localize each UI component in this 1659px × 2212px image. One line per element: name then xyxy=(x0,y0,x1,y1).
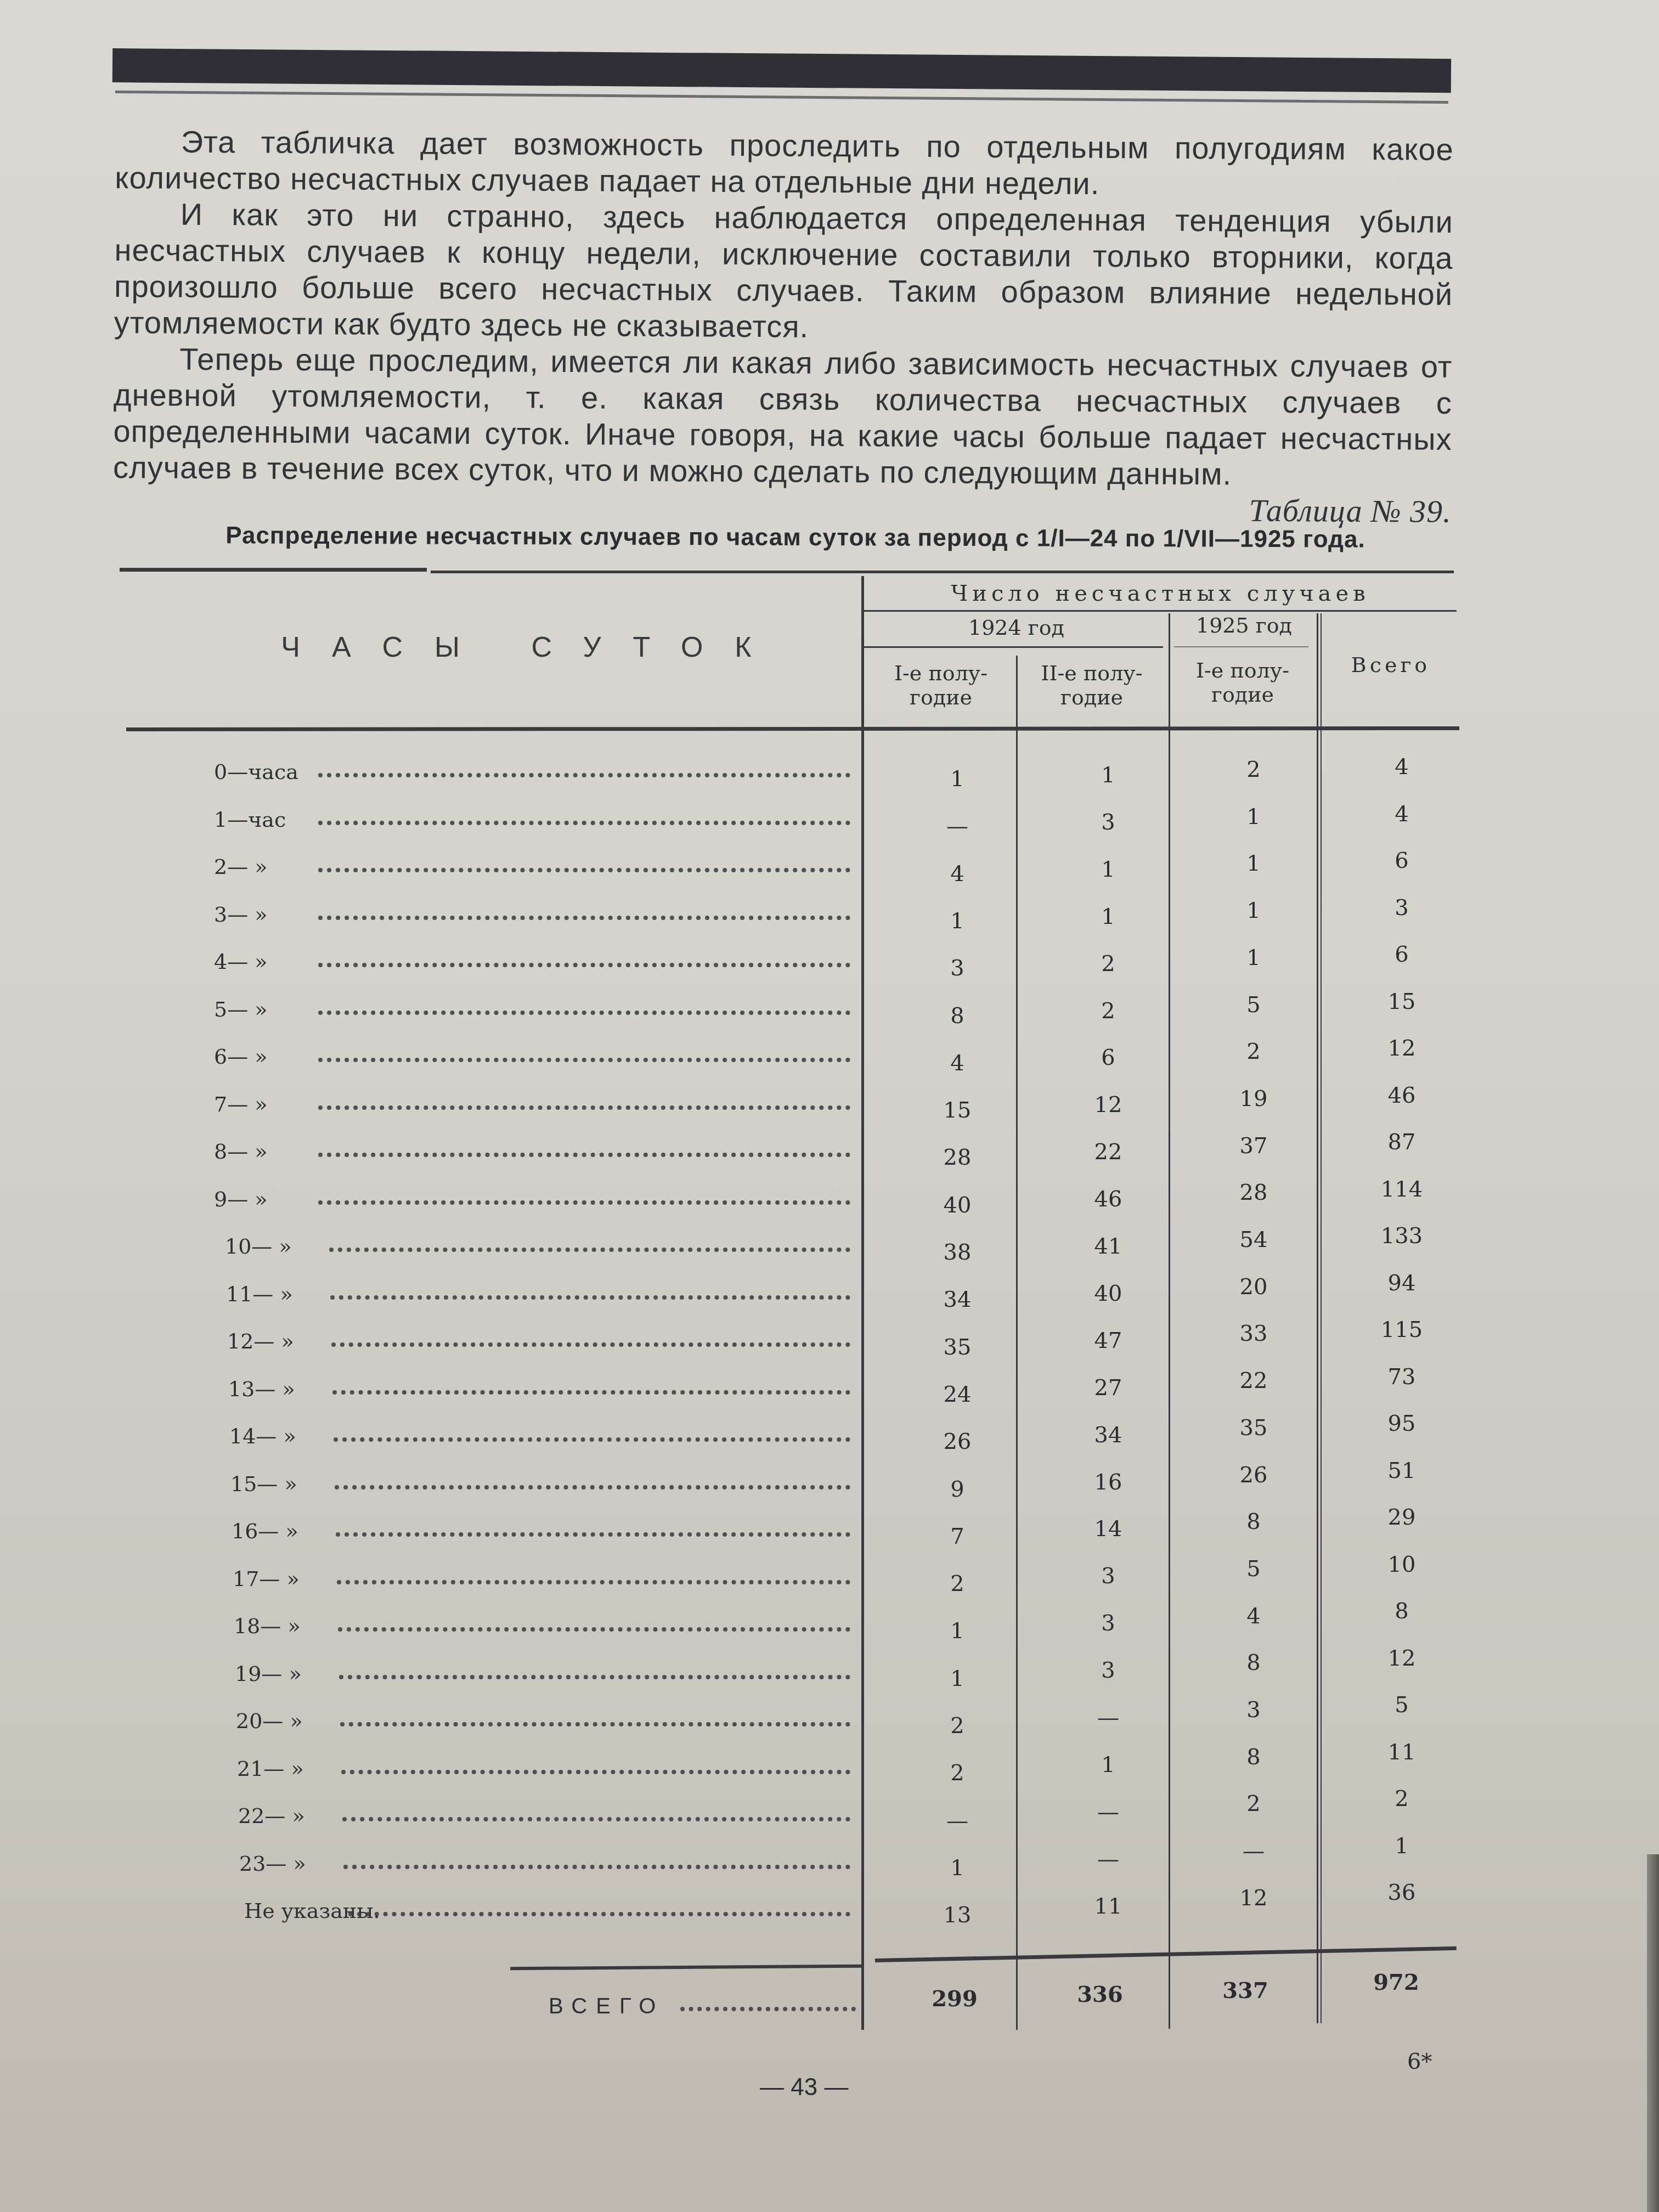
value-1924-h2: 3 xyxy=(1064,1611,1152,1636)
value-1924-h2: 16 xyxy=(1064,1470,1152,1495)
value-1924-h2: 3 xyxy=(1064,1564,1152,1589)
value-1924-h1: 9 xyxy=(913,1477,1001,1502)
table-reference: Таблица № 39. xyxy=(1183,492,1451,530)
value-1925-h1: 5 xyxy=(1210,992,1297,1018)
value-total: 87 xyxy=(1358,1130,1446,1155)
leader-dots xyxy=(680,2004,856,2011)
hour-label: 23— » xyxy=(239,1852,306,1876)
hours-column-header: ЧАСЫ СУТОК xyxy=(230,631,834,664)
page-edge-shadow xyxy=(1647,1854,1659,2212)
column-divider xyxy=(1321,613,1322,2023)
value-1924-h1: 7 xyxy=(913,1524,1001,1549)
leader-dots xyxy=(337,1577,850,1584)
value-total: 46 xyxy=(1358,1083,1446,1108)
value-total: 36 xyxy=(1358,1880,1446,1905)
hour-label: 8— » xyxy=(214,1139,268,1164)
totals-rule xyxy=(875,1946,1457,1962)
year-1924-rule xyxy=(864,646,1163,648)
value-1925-h1: 35 xyxy=(1210,1415,1297,1441)
value-1924-h2: 1 xyxy=(1064,1752,1152,1778)
value-1924-h1: — xyxy=(913,814,1001,839)
value-1924-h2: 34 xyxy=(1064,1423,1152,1448)
value-1924-h1: 1 xyxy=(913,909,1001,934)
value-1924-h1: 1 xyxy=(913,1855,1001,1881)
table-top-rule xyxy=(431,571,1454,573)
value-1924-h2: 3 xyxy=(1064,810,1152,835)
value-1924-h1: 4 xyxy=(913,1051,1001,1076)
value-1924-h2: 22 xyxy=(1064,1139,1152,1165)
value-total: 2 xyxy=(1358,1786,1446,1812)
stub-divider xyxy=(861,576,864,2030)
leader-dots xyxy=(318,865,850,872)
col-1924-h1-header: I-е полу-годие xyxy=(881,661,1001,709)
value-1925-h1: 20 xyxy=(1210,1274,1297,1300)
leader-dots xyxy=(348,1909,850,1916)
group-header: Число несчастных случаев xyxy=(867,582,1454,606)
hour-label: 14— » xyxy=(229,1424,296,1448)
value-1925-h1: 8 xyxy=(1210,1650,1297,1675)
column-divider xyxy=(1317,613,1318,2023)
hour-label: 7— » xyxy=(214,1092,268,1116)
leader-dots xyxy=(334,1434,850,1442)
hour-label: 20— » xyxy=(236,1709,303,1733)
value-1924-h1: 28 xyxy=(913,1145,1001,1170)
value-1925-h1: 2 xyxy=(1210,1039,1297,1064)
col-1925-h1-header: I-е полу-годие xyxy=(1182,658,1303,707)
value-total: 15 xyxy=(1358,989,1446,1014)
hour-label: 17— » xyxy=(233,1567,300,1591)
value-1924-h2: — xyxy=(1064,1799,1152,1825)
value-1924-h1: 40 xyxy=(913,1193,1001,1218)
leader-dots xyxy=(318,1054,850,1062)
hour-label: 12— » xyxy=(227,1329,294,1353)
value-1924-h1: 3 xyxy=(913,956,1001,981)
value-1925-h1: 12 xyxy=(1210,1886,1297,1911)
value-1925-h1: 5 xyxy=(1210,1556,1297,1582)
leader-dots xyxy=(335,1482,850,1489)
paragraph: Теперь еще проследим, имеется ли какая л… xyxy=(113,341,1453,494)
value-1924-h1: 1 xyxy=(913,1618,1001,1644)
value-1924-h2: 46 xyxy=(1064,1187,1152,1212)
value-total: 114 xyxy=(1358,1177,1446,1202)
column-divider xyxy=(1016,656,1018,2030)
value-1924-h1: 2 xyxy=(913,1760,1001,1786)
leader-dots xyxy=(318,1007,850,1015)
value-total: 12 xyxy=(1358,1646,1446,1671)
value-1925-h1: 2 xyxy=(1210,757,1297,782)
value-total: 133 xyxy=(1358,1223,1446,1249)
leader-dots xyxy=(342,1814,850,1821)
grand-total: 972 xyxy=(1352,1970,1440,1995)
value-total: 1 xyxy=(1358,1833,1446,1859)
group-label-rule xyxy=(864,610,1457,612)
value-total: 8 xyxy=(1358,1599,1446,1624)
value-total: 6 xyxy=(1358,848,1446,873)
value-1924-h1: 1 xyxy=(913,1666,1001,1691)
value-1924-h1: — xyxy=(913,1808,1001,1833)
value-1924-h2: 2 xyxy=(1064,998,1152,1024)
signature-mark: 6* xyxy=(1407,2049,1432,2074)
value-1925-h1: 26 xyxy=(1210,1463,1297,1488)
value-total: 10 xyxy=(1358,1552,1446,1577)
leader-dots xyxy=(331,1339,850,1347)
value-total: 6 xyxy=(1358,942,1446,967)
leader-dots xyxy=(318,817,850,825)
hour-label: 21— » xyxy=(237,1757,304,1781)
year-1925-rule xyxy=(1174,646,1308,647)
value-1924-h2: 41 xyxy=(1064,1234,1152,1259)
value-1925-h1: 1 xyxy=(1210,851,1297,876)
value-total: 29 xyxy=(1358,1505,1446,1530)
year-1924-header: 1924 год xyxy=(867,616,1166,640)
value-1924-h2: 1 xyxy=(1064,857,1152,882)
value-1924-h1: 2 xyxy=(913,1713,1001,1739)
hour-label: 15— » xyxy=(230,1472,297,1496)
total-1924-h2: 336 xyxy=(1056,1982,1144,2007)
hour-label: 3— » xyxy=(214,902,268,927)
leader-dots xyxy=(341,1767,850,1774)
value-1925-h1: — xyxy=(1210,1838,1297,1864)
value-1924-h2: 1 xyxy=(1064,763,1152,788)
value-1924-h2: 11 xyxy=(1064,1894,1152,1919)
value-1925-h1: 8 xyxy=(1210,1745,1297,1770)
value-1924-h1: 4 xyxy=(913,861,1001,887)
body-text: Эта табличка дает возможность проследить… xyxy=(113,123,1454,530)
page-number: — 43 — xyxy=(760,2074,848,2101)
value-1924-h1: 2 xyxy=(913,1571,1001,1596)
value-1924-h2: 40 xyxy=(1064,1281,1152,1306)
value-1924-h2: 6 xyxy=(1064,1045,1152,1070)
leader-dots xyxy=(330,1292,850,1300)
value-1924-h2: 2 xyxy=(1064,951,1152,977)
value-1924-h1: 1 xyxy=(913,766,1001,792)
value-1925-h1: 1 xyxy=(1210,804,1297,830)
value-1925-h1: 4 xyxy=(1210,1604,1297,1629)
header-bar xyxy=(112,48,1451,93)
hour-label: 11— » xyxy=(226,1282,293,1306)
value-1925-h1: 1 xyxy=(1210,898,1297,923)
value-1924-h2: 47 xyxy=(1064,1328,1152,1353)
leader-dots xyxy=(336,1529,850,1537)
value-1925-h1: 8 xyxy=(1210,1509,1297,1534)
table-top-rule xyxy=(120,568,427,572)
hour-label: 13— » xyxy=(228,1377,295,1401)
value-1925-h1: 28 xyxy=(1210,1180,1297,1205)
leader-dots xyxy=(339,1672,850,1679)
hour-label: 22— » xyxy=(238,1804,305,1828)
value-total: 73 xyxy=(1358,1364,1446,1390)
value-1924-h2: 27 xyxy=(1064,1375,1152,1401)
col-total-header: Всего xyxy=(1328,653,1454,677)
header-bottom-rule xyxy=(126,726,1459,731)
paragraph: Эта табличка дает возможность проследить… xyxy=(115,123,1454,204)
value-1924-h1: 24 xyxy=(913,1382,1001,1407)
total-1925-h1: 337 xyxy=(1201,1978,1289,2004)
table-title: Распределение несчастных случаев по часа… xyxy=(165,522,1426,554)
leader-dots xyxy=(338,1624,850,1632)
col-1924-h2-header: II-е полу-годие xyxy=(1031,661,1152,709)
value-total: 95 xyxy=(1358,1411,1446,1436)
value-total: 94 xyxy=(1358,1271,1446,1296)
leader-dots xyxy=(329,1244,850,1252)
header-rule xyxy=(115,91,1448,104)
hour-label: 4— » xyxy=(214,950,268,974)
hour-label: 5— » xyxy=(214,997,268,1022)
leader-dots xyxy=(332,1387,850,1395)
column-divider xyxy=(1169,613,1170,2029)
value-1924-h2: 1 xyxy=(1064,904,1152,929)
totals-rule xyxy=(510,1965,861,1970)
hour-label: 16— » xyxy=(232,1519,298,1543)
value-1924-h2: — xyxy=(1064,1705,1152,1730)
value-total: 51 xyxy=(1358,1458,1446,1483)
value-1925-h1: 3 xyxy=(1210,1697,1297,1723)
hour-label: 6— » xyxy=(214,1045,268,1069)
value-1924-h1: 13 xyxy=(913,1903,1001,1928)
value-1924-h2: — xyxy=(1064,1847,1152,1872)
value-1925-h1: 22 xyxy=(1210,1368,1297,1393)
leader-dots xyxy=(340,1719,850,1726)
leader-dots xyxy=(318,770,850,777)
paragraph: И как это ни странно, здесь наблюдается … xyxy=(114,196,1454,349)
value-1924-h2: 3 xyxy=(1064,1658,1152,1683)
year-1925-header: 1925 год xyxy=(1171,613,1317,637)
totals-label: ВСЕГО xyxy=(549,1994,664,2019)
total-1924-h1: 299 xyxy=(911,1986,998,2012)
leader-dots xyxy=(343,1861,850,1869)
value-1925-h1: 19 xyxy=(1210,1086,1297,1111)
value-1924-h1: 8 xyxy=(913,1003,1001,1029)
value-1924-h1: 35 xyxy=(913,1335,1001,1360)
hour-label: 0—часа xyxy=(214,760,298,784)
value-total: 115 xyxy=(1358,1317,1446,1342)
value-1924-h2: 14 xyxy=(1064,1516,1152,1542)
leader-dots xyxy=(318,1197,850,1205)
hour-label: 18— » xyxy=(234,1614,301,1638)
value-total: 11 xyxy=(1358,1740,1446,1765)
value-1924-h1: 34 xyxy=(913,1287,1001,1312)
value-1925-h1: 54 xyxy=(1210,1227,1297,1252)
value-1924-h1: 15 xyxy=(913,1098,1001,1123)
value-1924-h2: 12 xyxy=(1064,1092,1152,1118)
value-total: 4 xyxy=(1358,754,1446,780)
hour-label: 2— » xyxy=(214,855,268,879)
value-1924-h1: 26 xyxy=(913,1429,1001,1454)
hour-label: 1—час xyxy=(214,808,286,832)
hour-label: 10— » xyxy=(225,1234,292,1259)
hour-label: 9— » xyxy=(214,1187,268,1211)
book-page: Эта табличка дает возможность проследить… xyxy=(0,0,1659,2212)
leader-dots xyxy=(318,1102,850,1110)
value-total: 3 xyxy=(1358,895,1446,921)
value-1925-h1: 33 xyxy=(1210,1321,1297,1346)
value-total: 5 xyxy=(1358,1692,1446,1718)
value-1925-h1: 37 xyxy=(1210,1133,1297,1159)
hour-label: 19— » xyxy=(235,1662,302,1686)
value-total: 12 xyxy=(1358,1036,1446,1061)
value-1925-h1: 1 xyxy=(1210,945,1297,970)
leader-dots xyxy=(318,1149,850,1157)
value-1925-h1: 2 xyxy=(1210,1791,1297,1816)
leader-dots xyxy=(318,960,850,967)
leader-dots xyxy=(318,912,850,920)
value-total: 4 xyxy=(1358,802,1446,827)
value-1924-h1: 38 xyxy=(913,1240,1001,1265)
